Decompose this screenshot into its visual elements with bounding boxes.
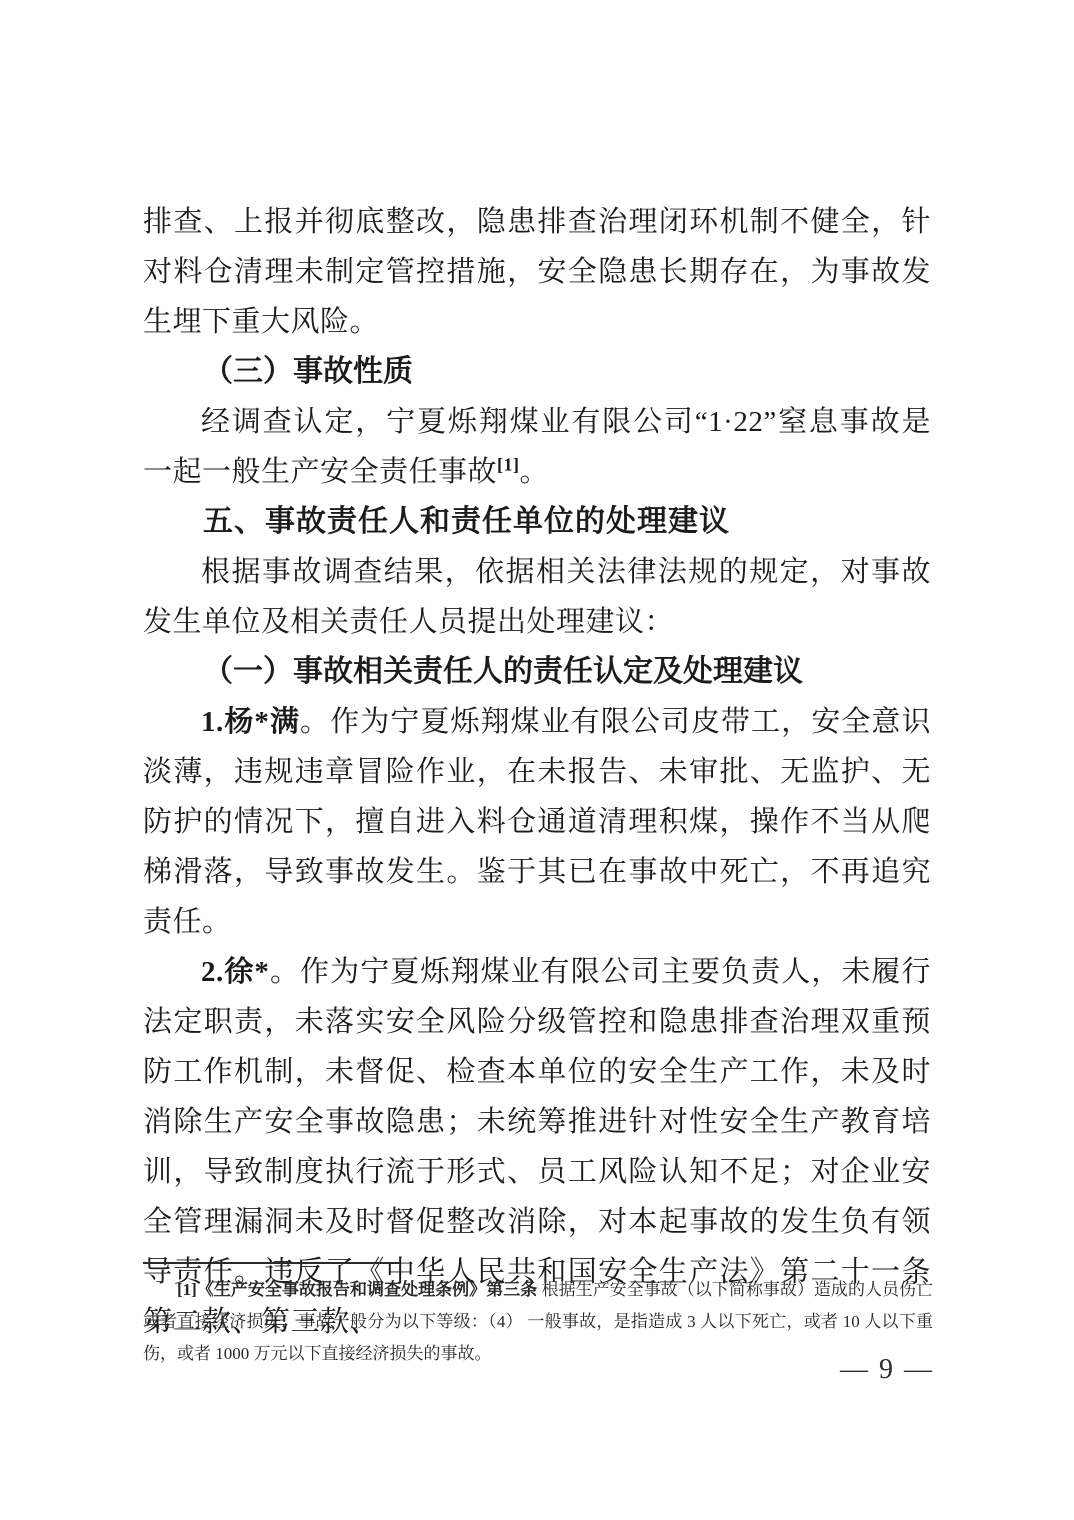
- paragraph-accident-nature: 经调查认定，宁夏烁翔煤业有限公司“1·22”窒息事故是一起一般生产安全责任事故[…: [143, 397, 931, 497]
- document-body: 排查、上报并彻底整改，隐患排查治理闭环机制不健全，针对料仓清理未制定管控措施，安…: [143, 197, 931, 1347]
- footnote-1-title: 《生产安全事故报告和调查处理条例》第三条: [197, 1280, 537, 1299]
- person-2-name: 2.徐*: [201, 956, 269, 988]
- paragraph-continuation: 排查、上报并彻底整改，隐患排查治理闭环机制不健全，针对料仓清理未制定管控措施，安…: [143, 197, 931, 347]
- footnote-area: [1]《生产安全事故报告和调查处理条例》第三条 根据生产安全事故（以下简称事故）…: [143, 1262, 933, 1370]
- heading-accident-nature: （三）事故性质: [143, 347, 931, 397]
- footnote-1: [1]《生产安全事故报告和调查处理条例》第三条 根据生产安全事故（以下简称事故）…: [143, 1274, 933, 1370]
- heading-section-five: 五、事故责任人和责任单位的处理建议: [143, 497, 931, 547]
- heading-subsection-one: （一）事故相关责任人的责任认定及处理建议: [143, 647, 931, 697]
- footnote-reference-1: [1]: [497, 454, 520, 474]
- accident-nature-period: 。: [520, 456, 550, 488]
- person-1-description: 。作为宁夏烁翔煤业有限公司皮带工，安全意识淡薄，违规违章冒险作业，在未报告、未审…: [143, 706, 931, 938]
- person-1-name: 1.杨*满: [201, 706, 300, 738]
- footnote-separator-rule: [143, 1262, 400, 1264]
- footnote-1-marker: [1]: [177, 1280, 197, 1299]
- paragraph-suggestion-intro: 根据事故调查结果，依据相关法律法规的规定，对事故发生单位及相关责任人员提出处理建…: [143, 547, 931, 647]
- document-page: 排查、上报并彻底整改，隐患排查治理闭环机制不健全，针对料仓清理未制定管控措施，安…: [0, 0, 1074, 1520]
- paragraph-person-1: 1.杨*满。作为宁夏烁翔煤业有限公司皮带工，安全意识淡薄，违规违章冒险作业，在未…: [143, 697, 931, 947]
- page-number: — 9 —: [840, 1354, 934, 1386]
